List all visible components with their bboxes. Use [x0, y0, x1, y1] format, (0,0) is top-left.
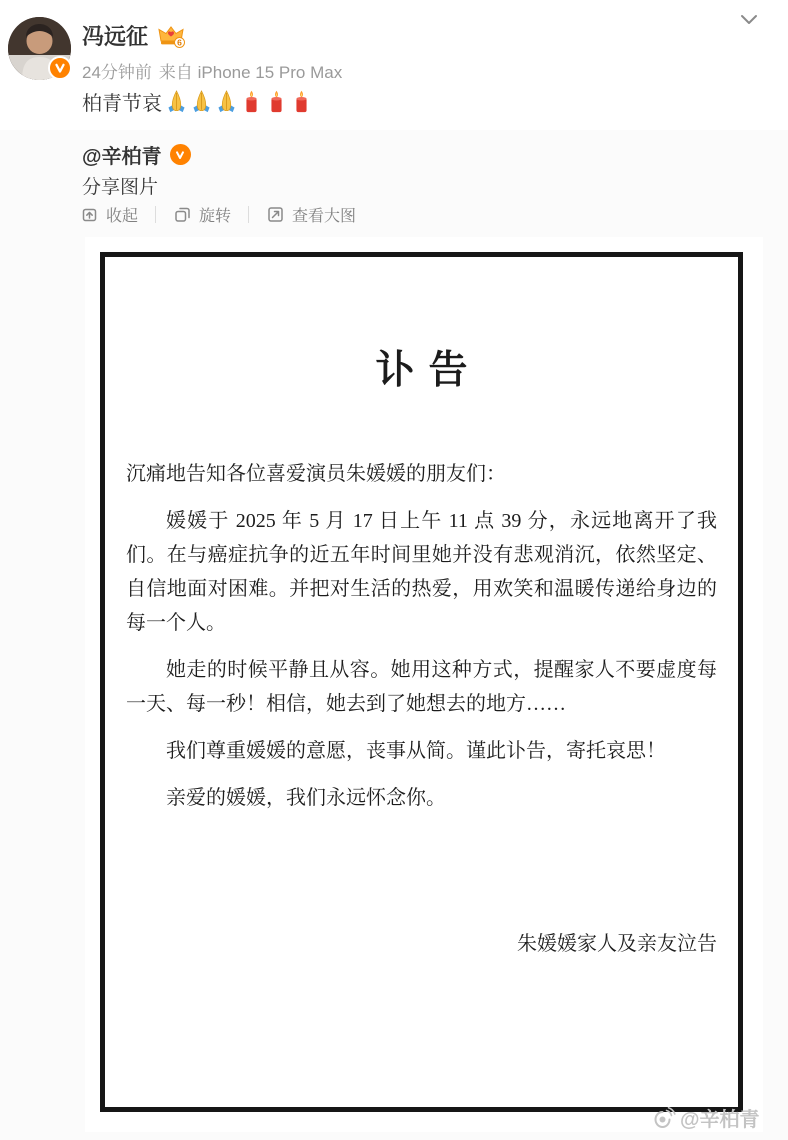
- pray-icon: [215, 90, 238, 113]
- username[interactable]: 冯远征: [82, 20, 148, 51]
- obituary-paragraph: 媛媛于 2025 年 5 月 17 日上午 11 点 39 分，永远地离开了我们…: [126, 504, 717, 640]
- shared-image[interactable]: 讣告 沉痛地告知各位喜爱演员朱媛媛的朋友们： 媛媛于 2025 年 5 月 17…: [85, 237, 763, 1132]
- source-device-link[interactable]: 来自 iPhone 15 Pro Max: [159, 58, 342, 83]
- rotate-label: 旋转: [199, 203, 231, 226]
- post-meta: 24分钟前 来自 iPhone 15 Pro Max: [82, 58, 342, 83]
- obituary-paragraph: 我们尊重媛媛的意愿，丧事从简。谨此讣告，寄托哀思！: [126, 734, 717, 768]
- candle-icon: [265, 90, 288, 113]
- collapse-label: 收起: [106, 203, 138, 226]
- post-text-row: 柏青节哀: [82, 87, 315, 116]
- obituary-body: 沉痛地告知各位喜爱演员朱媛媛的朋友们： 媛媛于 2025 年 5 月 17 日上…: [105, 457, 738, 815]
- timestamp: 24分钟前: [82, 58, 152, 83]
- collapse-button[interactable]: 收起: [80, 203, 138, 226]
- vip-crown-badge[interactable]: 6: [157, 24, 185, 48]
- verified-badge-avatar: [48, 56, 72, 80]
- pray-icon: [165, 90, 188, 113]
- post-header: 冯远征 6 24分钟前 来自 iPhone 15 Pro Max 柏青节哀: [0, 0, 788, 130]
- obituary-title: 讣告: [105, 339, 738, 395]
- quoted-author-link[interactable]: @辛柏青: [82, 140, 162, 169]
- verified-badge-author: [170, 144, 191, 165]
- quoted-caption: 分享图片: [82, 172, 158, 199]
- obituary-document: 讣告 沉痛地告知各位喜爱演员朱媛媛的朋友们： 媛媛于 2025 年 5 月 17…: [100, 252, 743, 1112]
- obituary-signature: 朱媛媛家人及亲友泣告: [105, 927, 738, 956]
- collapse-icon: [80, 205, 99, 224]
- toolbar-divider: [248, 206, 249, 223]
- quoted-author-row: @辛柏青: [82, 140, 191, 169]
- obituary-paragraph: 她走的时候平静且从容。她用这种方式，提醒家人不要虚度每一天、每一秒！相信，她去到…: [126, 653, 717, 721]
- name-row: 冯远征 6: [82, 20, 185, 51]
- rotate-button[interactable]: 旋转: [173, 203, 231, 226]
- toolbar-divider: [155, 206, 156, 223]
- candle-icon: [290, 90, 313, 113]
- image-toolbar: 收起 旋转 查看大图: [80, 203, 356, 226]
- candle-icon: [240, 90, 263, 113]
- post-text: 柏青节哀: [82, 87, 162, 116]
- pray-icon: [190, 90, 213, 113]
- obituary-paragraph: 亲爱的媛媛，我们永远怀念你。: [126, 781, 717, 815]
- svg-text:6: 6: [177, 37, 182, 47]
- weibo-post-page: 冯远征 6 24分钟前 来自 iPhone 15 Pro Max 柏青节哀: [0, 0, 788, 1140]
- post-emojis: [165, 90, 315, 113]
- view-large-button[interactable]: 查看大图: [266, 203, 356, 226]
- chevron-down-icon[interactable]: [736, 10, 762, 30]
- view-large-icon: [266, 205, 285, 224]
- obituary-paragraph: 沉痛地告知各位喜爱演员朱媛媛的朋友们：: [126, 457, 717, 491]
- quoted-post: @辛柏青 分享图片 收起 旋转: [0, 130, 788, 1140]
- rotate-icon: [173, 205, 192, 224]
- view-large-label: 查看大图: [292, 203, 356, 226]
